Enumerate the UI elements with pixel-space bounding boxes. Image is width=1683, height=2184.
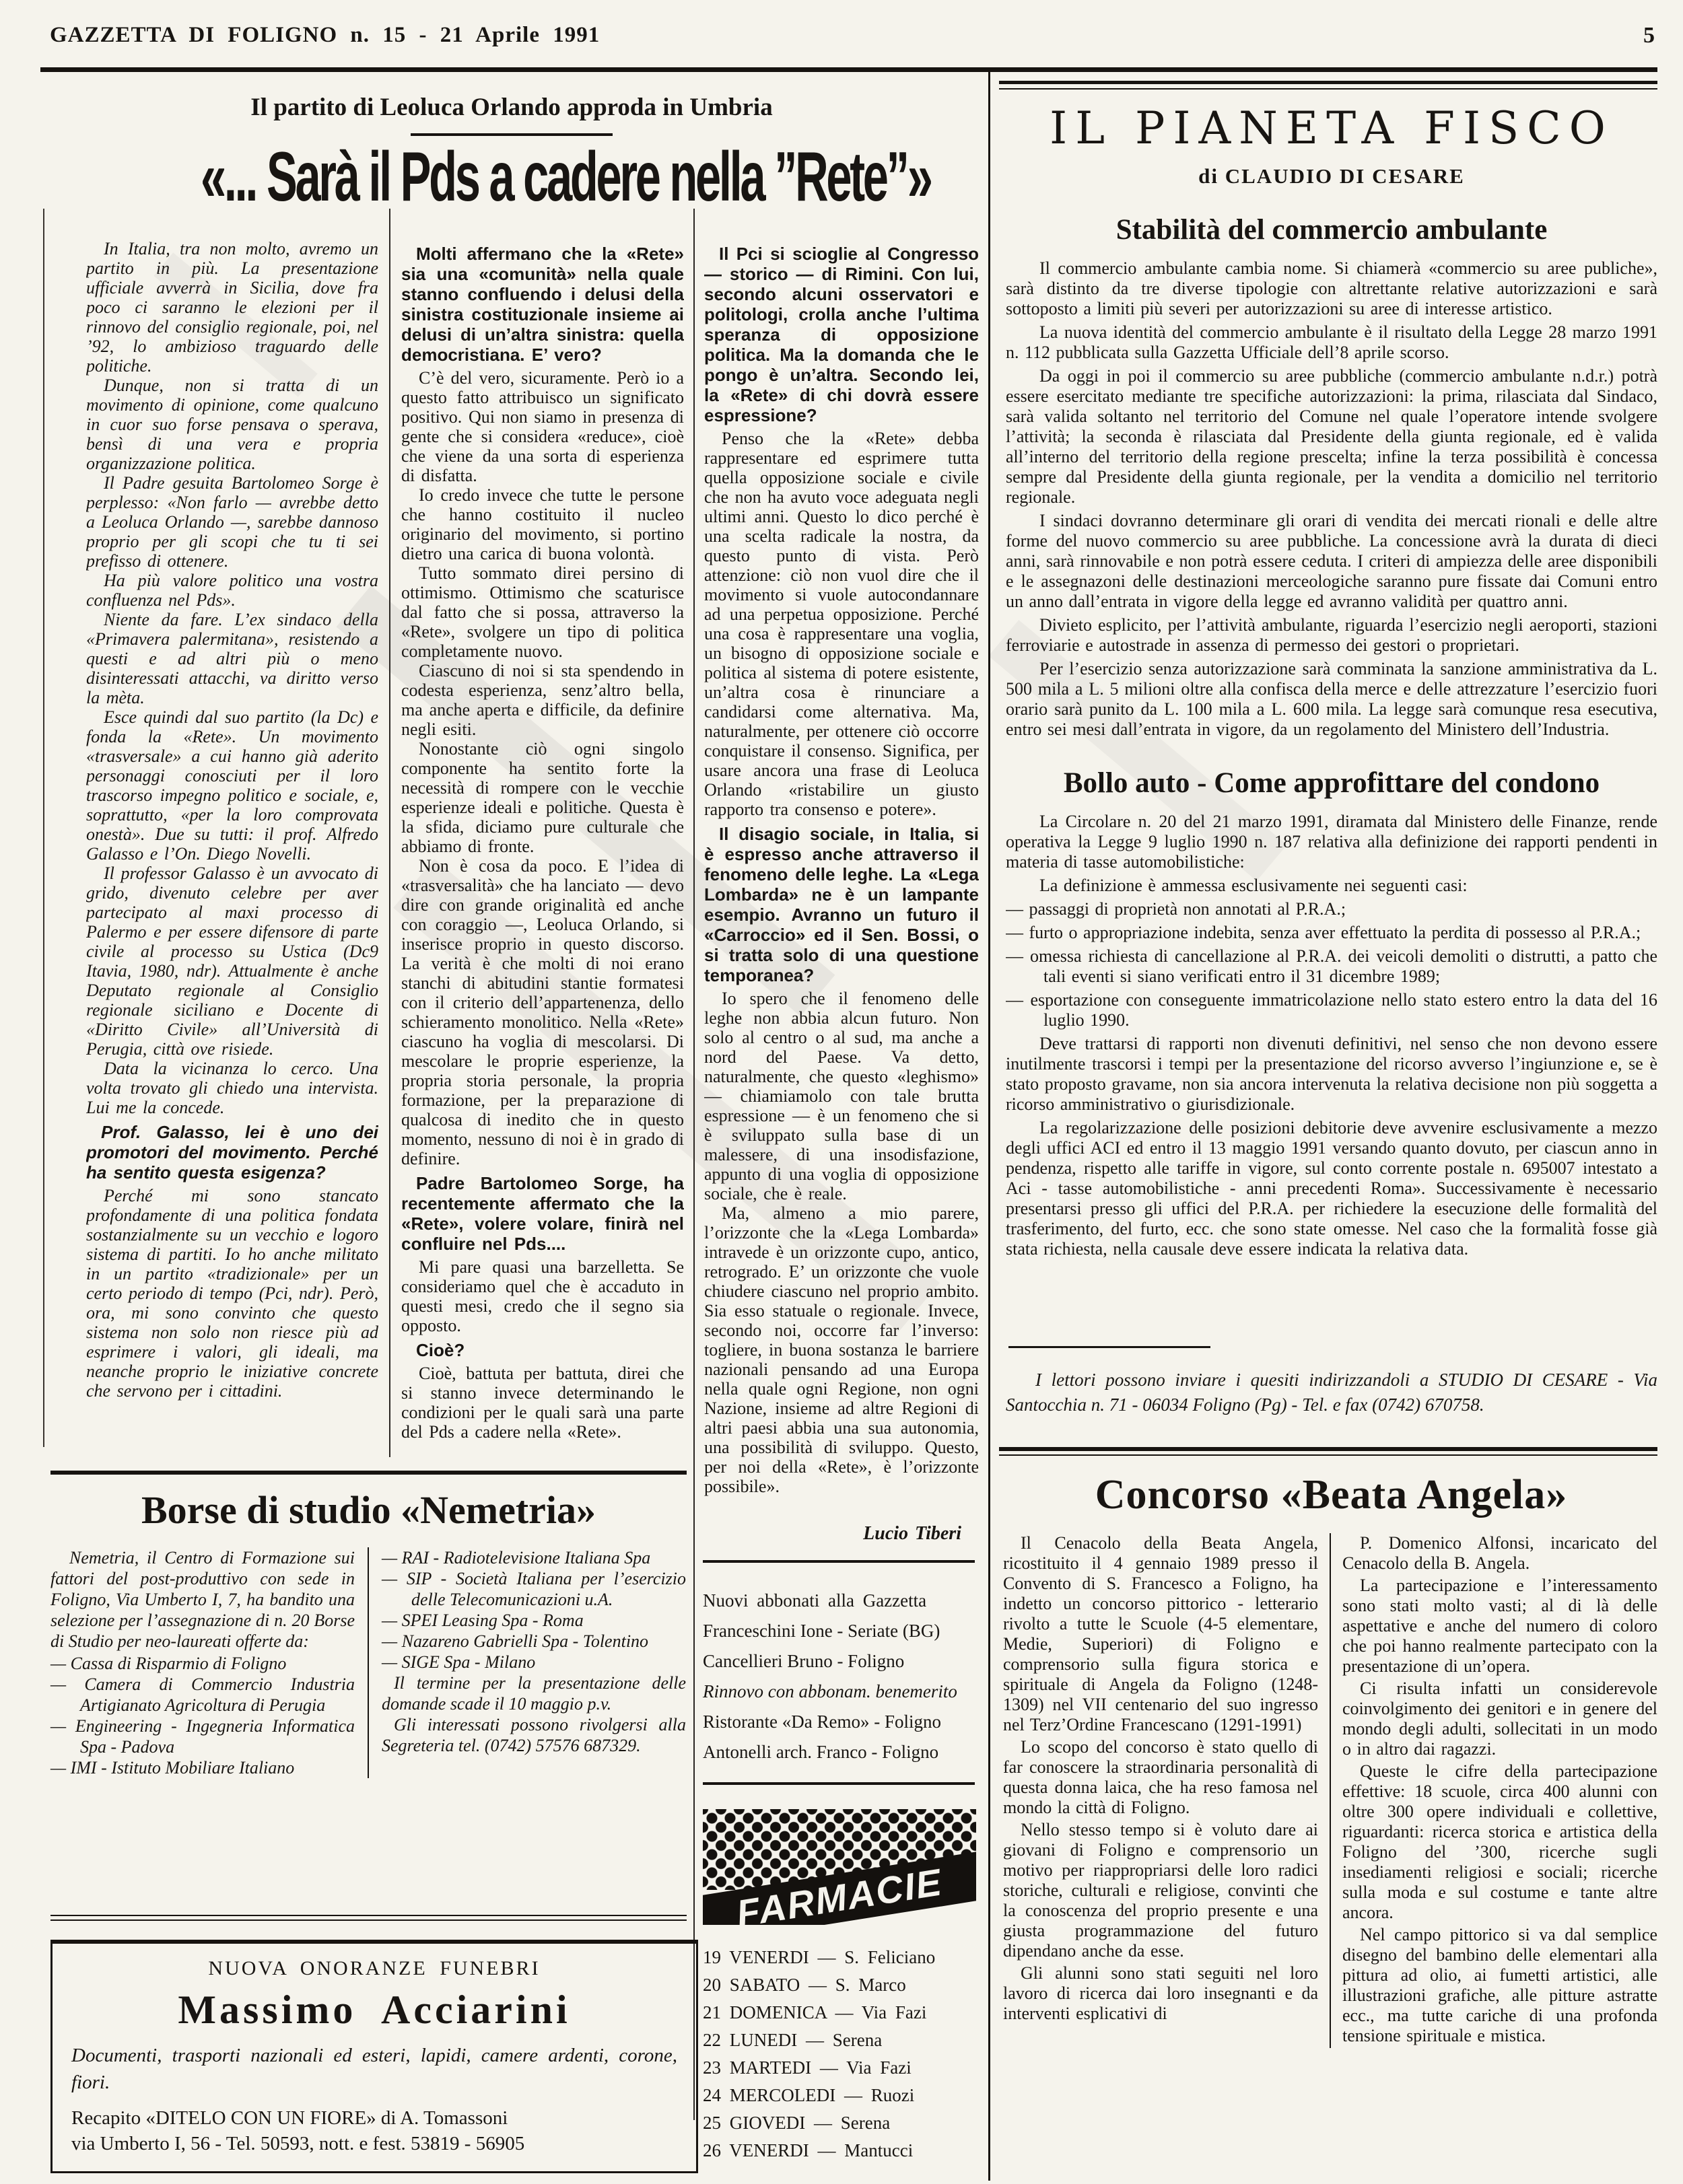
interview-column-2: Molti affermano che la «Rete» sia una «c… xyxy=(401,239,684,1464)
body-paragraph: Lo scopo del concorso è stato quello di … xyxy=(1003,1737,1318,1818)
ad-kicker: NUOVA ONORANZE FUNEBRI xyxy=(71,1959,677,1979)
body-paragraph: Cioè, battuta per battuta, direi che si … xyxy=(401,1364,684,1442)
interview-column-1: In Italia, tra non molto, avremo un part… xyxy=(86,239,378,1454)
subscriber-entry: Cancellieri Bruno - Foligno xyxy=(703,1646,976,1677)
body-paragraph: Gli interessati possono rivolgersi alla … xyxy=(382,1714,686,1756)
borse-column-right: — RAI - Radiotelevisione Italiana Spa — … xyxy=(382,1547,686,1778)
body-paragraph: Io spero che il fenomeno delle leghe non… xyxy=(704,989,979,1203)
borse-column-left: Nemetria, il Centro di Formazione sui fa… xyxy=(50,1547,355,1778)
column-divider xyxy=(1330,1533,1331,2048)
fisco-byline: di CLAUDIO DI CESARE xyxy=(1006,166,1657,186)
interview-question: Il disagio sociale, in Italia, si è espr… xyxy=(704,824,979,985)
list-item: — SIGE Spa - Milano xyxy=(382,1652,686,1672)
body-paragraph: Nonostante ciò ogni singolo componente h… xyxy=(401,739,684,856)
newspaper-page: GAZZETTA DI FOLIGNO n. 15 - 21 Aprile 19… xyxy=(0,0,1683,2184)
body-paragraph: Queste le cifre della partecipazione eff… xyxy=(1342,1761,1657,1923)
interview-question: Padre Bartolomeo Sorge, ha recentemente … xyxy=(401,1173,684,1254)
interview-question: Molti affermano che la «Rete» sia una «c… xyxy=(401,244,684,365)
beata-top-rule-thin xyxy=(999,1454,1657,1456)
ad-contact-line: via Umberto I, 56 - Tel. 50593, nott. e … xyxy=(71,2131,677,2156)
abbonati-top-rule xyxy=(703,1560,975,1563)
body-paragraph: Io credo invece che tutte le persone che… xyxy=(401,485,684,563)
author-signature: Lucio Tiberi xyxy=(704,1524,979,1543)
page-number: 5 xyxy=(1643,24,1655,47)
ad-business-name: Massimo Acciarini xyxy=(71,1989,677,2030)
body-paragraph: Il Padre gesuita Bartolomeo Sorge è perp… xyxy=(86,473,378,571)
column-divider-1 xyxy=(389,209,390,1457)
body-paragraph: Tutto sommato direi persino di ottimismo… xyxy=(401,563,684,661)
body-paragraph: Ciascuno di noi si sta spendendo in code… xyxy=(401,661,684,739)
body-paragraph: Da oggi in poi il commercio su aree pubb… xyxy=(1006,366,1657,507)
body-paragraph: Niente da fare. L’ex sindaco della «Prim… xyxy=(86,610,378,707)
body-paragraph: Nel campo pittorico si va dal semplice d… xyxy=(1342,1925,1657,2046)
body-paragraph: P. Domenico Alfonsi, incaricato del Cena… xyxy=(1342,1533,1657,1574)
body-paragraph: Nemetria, il Centro di Formazione sui fa… xyxy=(50,1547,355,1652)
borse-headline: Borse di studio «Nemetria» xyxy=(50,1491,687,1530)
body-paragraph: Deve trattarsi di rapporti non divenuti … xyxy=(1006,1034,1657,1115)
body-paragraph: Per l’esercizio senza autorizzazione sar… xyxy=(1006,659,1657,740)
beata-headline: Concorso «Beata Angela» xyxy=(1003,1474,1659,1516)
list-item: — esportazione con conseguente immatrico… xyxy=(1006,990,1657,1030)
abbonati-heading: Nuovi abbonati alla Gazzetta xyxy=(703,1586,976,1616)
body-paragraph: Data la vicinanza lo cerco. Una volta tr… xyxy=(86,1059,378,1117)
list-item: — furto o appropriazione indebita, senza… xyxy=(1006,923,1657,943)
pharmacy-row: 23 MARTEDI — Via Fazi xyxy=(703,2054,980,2082)
body-paragraph: La regolarizzazione delle posizioni debi… xyxy=(1006,1118,1657,1259)
body-paragraph: C’è del vero, sicuramente. Però io a que… xyxy=(401,368,684,485)
ad-contact-line: Recapito «DITELO CON UN FIORE» di A. Tom… xyxy=(71,2105,677,2131)
list-item: — SPEI Leasing Spa - Roma xyxy=(382,1610,686,1631)
ad-separator-rule xyxy=(50,1915,687,1916)
body-paragraph: Dunque, non si tratta di un movimento di… xyxy=(86,376,378,473)
list-item: — Cassa di Risparmio di Foligno xyxy=(50,1653,355,1674)
pharmacy-row: 19 VENERDI — S. Feliciano xyxy=(703,1944,980,1971)
pharmacy-row: 20 SABATO — S. Marco xyxy=(703,1971,980,1999)
body-paragraph: Ma, almeno a mio parere, l’orizzonte che… xyxy=(704,1203,979,1496)
body-paragraph: Esce quindi dal suo partito (la Dc) e fo… xyxy=(86,707,378,864)
list-item: — omessa richiesta di cancellazione al P… xyxy=(1006,946,1657,987)
body-paragraph: Penso che la «Rete» debba rappresentare … xyxy=(704,429,979,819)
list-item: — Engineering - Ingegneria Informatica S… xyxy=(50,1716,355,1757)
body-paragraph: Il commercio ambulante cambia nome. Si c… xyxy=(1006,258,1657,319)
funeral-ad: NUOVA ONORANZE FUNEBRI Massimo Acciarini… xyxy=(50,1940,698,2173)
body-paragraph: La nuova identità del commercio ambulant… xyxy=(1006,322,1657,363)
kicker: Il partito di Leoluca Orlando approda in… xyxy=(40,94,983,122)
body-paragraph: Non è cosa da poco. E l’idea di «trasver… xyxy=(401,856,684,1168)
farmacie-logo: FARMACIE xyxy=(703,1809,976,1925)
body-paragraph: Il professor Galasso è un avvocato di gr… xyxy=(86,864,378,1059)
fisco-readers-note: I lettori possono inviare i quesiti indi… xyxy=(1006,1368,1657,1417)
body-paragraph: Divieto esplicito, per l’attività ambula… xyxy=(1006,615,1657,656)
subscriber-entry: Antonelli arch. Franco - Foligno xyxy=(703,1737,976,1767)
new-subscribers-box: Nuovi abbonati alla Gazzetta Franceschin… xyxy=(703,1586,976,1767)
body-paragraph: Mi pare quasi una barzelletta. Se consid… xyxy=(401,1257,684,1335)
beata-column-right: P. Domenico Alfonsi, incaricato del Cena… xyxy=(1342,1533,1657,2048)
borse-top-rule xyxy=(50,1471,687,1475)
body-paragraph: La Circolare n. 20 del 21 marzo 1991, di… xyxy=(1006,812,1657,872)
list-item: — passaggi di proprietà non annotati al … xyxy=(1006,899,1657,919)
borse-nemetria-article: Borse di studio «Nemetria» Nemetria, il … xyxy=(50,1471,687,1778)
body-paragraph: Nello stesso tempo si è voluto dare ai g… xyxy=(1003,1820,1318,1961)
farmacie-top-rule xyxy=(703,1782,975,1785)
interview-column-3: Il Pci si scioglie al Congresso — storic… xyxy=(704,239,979,1558)
body-paragraph: Ci risulta infatti un considerevole coin… xyxy=(1342,1679,1657,1759)
interview-question: Prof. Galasso, lei è uno dei promotori d… xyxy=(86,1122,378,1183)
column-divider xyxy=(368,1547,369,1778)
subscriber-entry: Franceschini Ione - Seriate (BG) xyxy=(703,1616,976,1646)
beata-column-left: Il Cenacolo della Beata Angela, ricostit… xyxy=(1003,1533,1318,2048)
note-rule xyxy=(1008,1346,1210,1348)
list-item: — RAI - Radiotelevisione Italiana Spa xyxy=(382,1547,686,1568)
column-divider-2 xyxy=(693,209,695,2120)
main-vertical-rule xyxy=(988,67,990,2181)
body-paragraph: Ha più valore politico una vostra conflu… xyxy=(86,571,378,610)
pharmacy-row: 26 VENERDI — Mantucci xyxy=(703,2137,980,2164)
beata-angela-article: Concorso «Beata Angela» Il Cenacolo dell… xyxy=(1003,1458,1659,2048)
list-item: — IMI - Istituto Mobiliare Italiano xyxy=(50,1757,355,1778)
list-item: — SIP - Società Italiana per l’esercizio… xyxy=(382,1568,686,1610)
fisco-section2-heading: Bollo auto - Come approfittare del condo… xyxy=(1006,768,1657,798)
list-item: — Nazareno Gabrielli Spa - Tolentino xyxy=(382,1631,686,1652)
column1-left-rule xyxy=(43,209,44,1447)
body-paragraph: La definizione è ammessa esclusivamente … xyxy=(1006,876,1657,896)
interview-question: Il Pci si scioglie al Congresso — storic… xyxy=(704,244,979,425)
fisco-title: IL PIANETA FISCO xyxy=(1006,106,1657,151)
ad-description: Documenti, trasporti nazionali ed esteri… xyxy=(71,2042,677,2096)
pharmacy-row: 25 GIOVEDI — Serena xyxy=(703,2109,980,2137)
body-paragraph: I sindaci dovranno determinare gli orari… xyxy=(1006,511,1657,612)
ad-separator-rule-2 xyxy=(50,1919,687,1921)
kicker-underline xyxy=(411,133,613,136)
body-paragraph: Perché mi sono stancato profondamente di… xyxy=(86,1186,378,1401)
pharmacy-row: 22 LUNEDI — Serena xyxy=(703,2027,980,2054)
list-item: — Camera di Commercio Industria Artigian… xyxy=(50,1674,355,1716)
pharmacy-schedule: 19 VENERDI — S. Feliciano 20 SABATO — S.… xyxy=(703,1944,980,2164)
subscriber-entry: Ristorante «Da Remo» - Foligno xyxy=(703,1707,976,1737)
body-paragraph: In Italia, tra non molto, avremo un part… xyxy=(86,239,378,376)
pharmacy-row: 24 MERCOLEDI — Ruozi xyxy=(703,2082,980,2109)
fisco-column: IL PIANETA FISCO di CLAUDIO DI CESARE St… xyxy=(1006,79,1657,1345)
header-rule xyxy=(40,67,1657,72)
interview-question: Cioè? xyxy=(401,1340,684,1360)
body-paragraph: Il termine per la presentazione delle do… xyxy=(382,1672,686,1714)
body-paragraph: La partecipazione e l’interessamento son… xyxy=(1342,1576,1657,1677)
body-paragraph: Gli alunni sono stati seguiti nel loro l… xyxy=(1003,1963,1318,2024)
pharmacy-row: 21 DOMENICA — Via Fazi xyxy=(703,1999,980,2027)
masthead: GAZZETTA DI FOLIGNO n. 15 - 21 Aprile 19… xyxy=(50,24,600,46)
body-paragraph: Il Cenacolo della Beata Angela, ricostit… xyxy=(1003,1533,1318,1735)
main-headline: «... Sarà il Pds a cadere nella ”Rete”» xyxy=(201,139,823,215)
beata-top-rule xyxy=(999,1447,1657,1451)
renewal-note: Rinnovo con abbonam. benemerito xyxy=(703,1677,976,1707)
fisco-section1-heading: Stabilità del commercio ambulante xyxy=(1006,215,1657,245)
